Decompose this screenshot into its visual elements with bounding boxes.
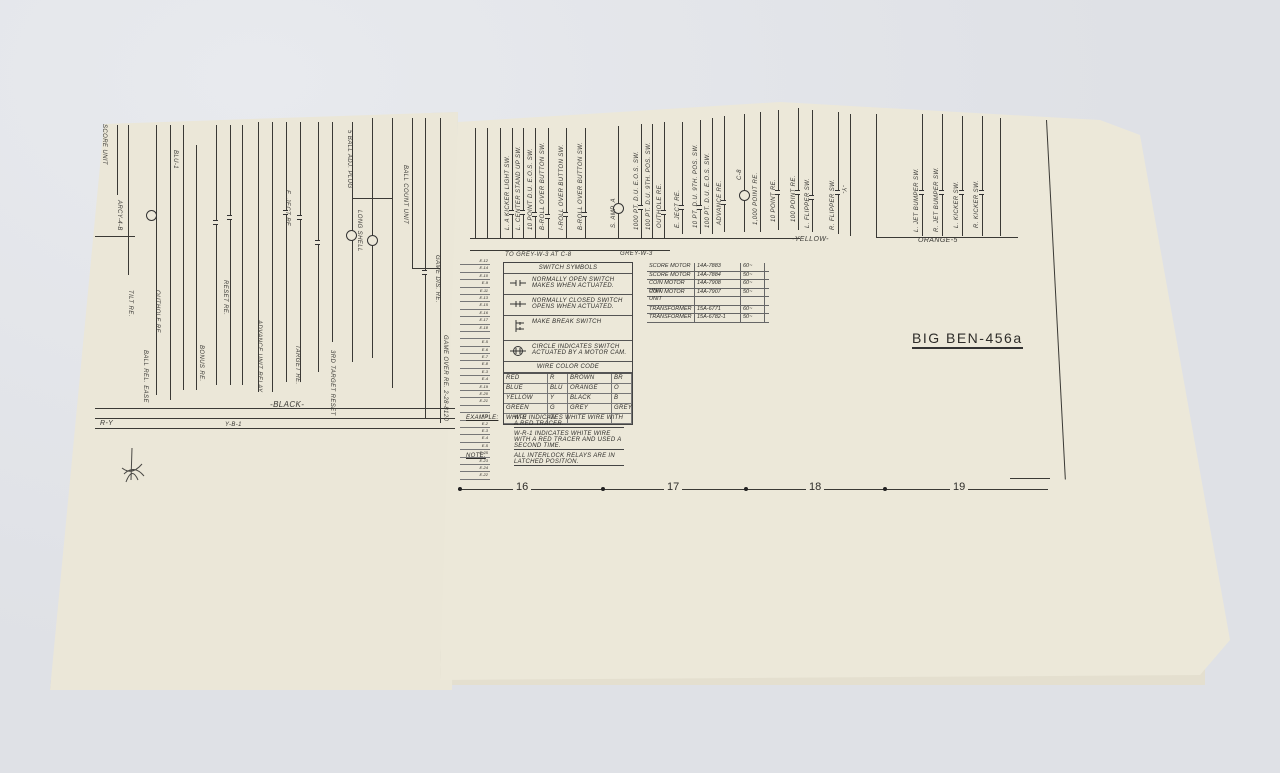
label-kicker-light-sw: L. A KICKER LIGHT SW. <box>505 155 511 230</box>
label-game-dis-re: GAME DIS. RE. <box>434 255 440 303</box>
table-row: COIN MOTOR UNIT14A-790860~ <box>647 280 769 289</box>
label-eject-re-right: E. JECT RE. <box>675 190 681 228</box>
label-eject-re: E. JECT RE. <box>284 190 290 228</box>
label-center-stand-up-sw: L. CENTER STAND UP SW. <box>516 146 522 230</box>
legend-row-normally-open: NORMALLY OPEN SWITCH MAKES WHEN ACTUATED… <box>504 274 632 295</box>
label-r-flipper-sw: R. FLIPPER SW. <box>830 179 836 230</box>
table-row: SCORE MOTOR14A-788450~ <box>647 272 769 281</box>
wire-label-black: -BLACK- <box>270 400 304 409</box>
label-outhole-re: OUTHOLE RE. <box>154 290 160 335</box>
label-target-reset: 3RD TARGET RESET <box>329 350 335 416</box>
make-break-switch-icon <box>510 320 526 332</box>
label-outhole-re-right: OUTHOLE RE. <box>657 183 663 228</box>
motor-cam-switch-icon <box>367 235 378 246</box>
wire-label-yb: Y-B-1 <box>225 422 242 428</box>
table-row <box>647 297 769 306</box>
legend-row-motor-cam: CIRCLE INDICATES SWITCH ACTUATED BY A MO… <box>504 341 632 361</box>
label-reset-re: RESET RE. <box>222 280 228 315</box>
left-folded-panel <box>50 112 458 690</box>
label-l-kicker-sw: L. KICKER SW. <box>954 181 960 228</box>
label-score-unit: SCORE UNIT <box>101 124 107 165</box>
label-advance-re: ADVANCE RE. <box>717 180 723 225</box>
junction-dot-icon <box>744 487 748 491</box>
label-ball-release: BALL REL. EASE <box>142 350 148 403</box>
label-10-point-re: 10 POINT RE. <box>771 179 777 222</box>
table-row: TRANSFORMER15A-6782-150~ <box>647 314 769 323</box>
legend-header: SWITCH SYMBOLS <box>504 263 632 274</box>
legend-row-make-break: MAKE BREAK SWITCH <box>504 316 632 341</box>
label-10pt-9th-sw: 10 PT. D.U. 9TH. POS. SW. <box>693 144 699 228</box>
switch-symbols-legend: SWITCH SYMBOLS NORMALLY OPEN SWITCH MAKE… <box>503 262 633 425</box>
schematic-title: BIG BEN-456a <box>912 330 1023 349</box>
wire-label-ry: R-Y <box>100 420 113 427</box>
label-tilt-re: TILT RE. <box>127 290 133 317</box>
wire-label-y: -Y- <box>840 185 846 194</box>
motor-cam-switch-icon <box>739 190 750 201</box>
label-game-over-re: GAME OVER RE. 2-28-8120 <box>442 335 448 421</box>
bottom-bus-line: 16 17 18 19 <box>458 482 1048 498</box>
label-blu: BLU-1 <box>172 150 178 169</box>
label-rollover-b-sw: B-ROLL OVER BUTTON SW. <box>540 142 546 230</box>
wire-label-orange: ORANGE-5 <box>918 237 958 244</box>
label-target-re: TARGET RE. <box>294 345 300 385</box>
label-100-point-re: 100 POINT RE. <box>791 175 797 222</box>
terminal-strip: E-12E-14E-10E-9E-11E-13E-15E-16E-17E-18E… <box>460 258 490 463</box>
label-100pt-eos-sw: 100 PT. D.U. E.O.S. SW. <box>705 153 711 228</box>
table-row: TRANSFORMER15A-677160~ <box>647 306 769 315</box>
legend-row-normally-closed: NORMALLY CLOSED SWITCH OPENS WHEN ACTUAT… <box>504 295 632 316</box>
motor-cam-switch-icon <box>510 346 526 356</box>
label-bonus-re: BONUS RE. <box>198 345 204 382</box>
normally-open-switch-icon <box>510 280 526 286</box>
label-rollover-b2-sw: B-ROLL OVER BUTTON SW. <box>578 142 584 230</box>
junction-dot-icon <box>883 487 887 491</box>
handwritten-mark-icon <box>118 446 148 486</box>
label-ball-count-unit: BALL COUNT UNIT <box>402 165 408 224</box>
junction-dot-icon <box>601 487 605 491</box>
label-r-kicker-sw: R. KICKER SW. <box>974 180 980 228</box>
table-row: COIN MOTOR UNIT14A-790750~ <box>647 289 769 298</box>
column-number-19: 19 <box>950 481 968 493</box>
label-c8: C-8 <box>737 169 743 180</box>
table-row: SCORE MOTOR14A-788360~ <box>647 263 769 272</box>
label-l-jet-bumper-sw: L. JET BUMPER SW. <box>914 168 920 232</box>
label-1000-point-re: 1,000 POINT RE. <box>753 172 759 225</box>
motor-transformer-table: SCORE MOTOR14A-788360~ SCORE MOTOR14A-78… <box>647 263 769 323</box>
column-number-17: 17 <box>664 481 682 493</box>
column-number-18: 18 <box>806 481 824 493</box>
label-rollover-i-sw: I-ROLL OVER BUTTON SW. <box>559 144 565 230</box>
label-arcy: ARCY-4-B <box>116 200 122 231</box>
wire-label-grey: GREY-W-3 <box>620 251 653 257</box>
label-ball-adj-plug: 5 BALL ADJ. PLUG <box>346 130 352 188</box>
label-amp-a: S. AMP. A <box>611 198 617 228</box>
label-1000pt-eos-sw: 1000 PT. D.U. E.O.S. SW. <box>634 151 640 230</box>
label-l-flipper-sw: L. FLIPPER SW. <box>805 178 811 228</box>
wire-color-code-header: WIRE COLOR CODE <box>504 361 632 373</box>
label-100pt-9th-sw: 100 PT. D.U. 9TH. POS. SW. <box>646 142 652 230</box>
label-long-shell: LONG SHELL <box>356 210 362 252</box>
motor-cam-switch-icon <box>146 210 157 221</box>
label-10pt-eos-sw: 10 POINT D.U. E.O.S. SW. <box>528 148 534 230</box>
junction-dot-icon <box>458 487 462 491</box>
normally-closed-switch-icon <box>510 301 526 307</box>
label-advance-unit: ADVANCE UNIT RELAY <box>256 320 262 392</box>
column-number-16: 16 <box>513 481 531 493</box>
label-r-jet-bumper-sw: R. JET BUMPER SW. <box>934 167 940 232</box>
wire-label-grey-to: TO GREY-W-3 AT C-8 <box>505 252 572 258</box>
wire-label-yellow: -YELLOW- <box>792 236 829 243</box>
